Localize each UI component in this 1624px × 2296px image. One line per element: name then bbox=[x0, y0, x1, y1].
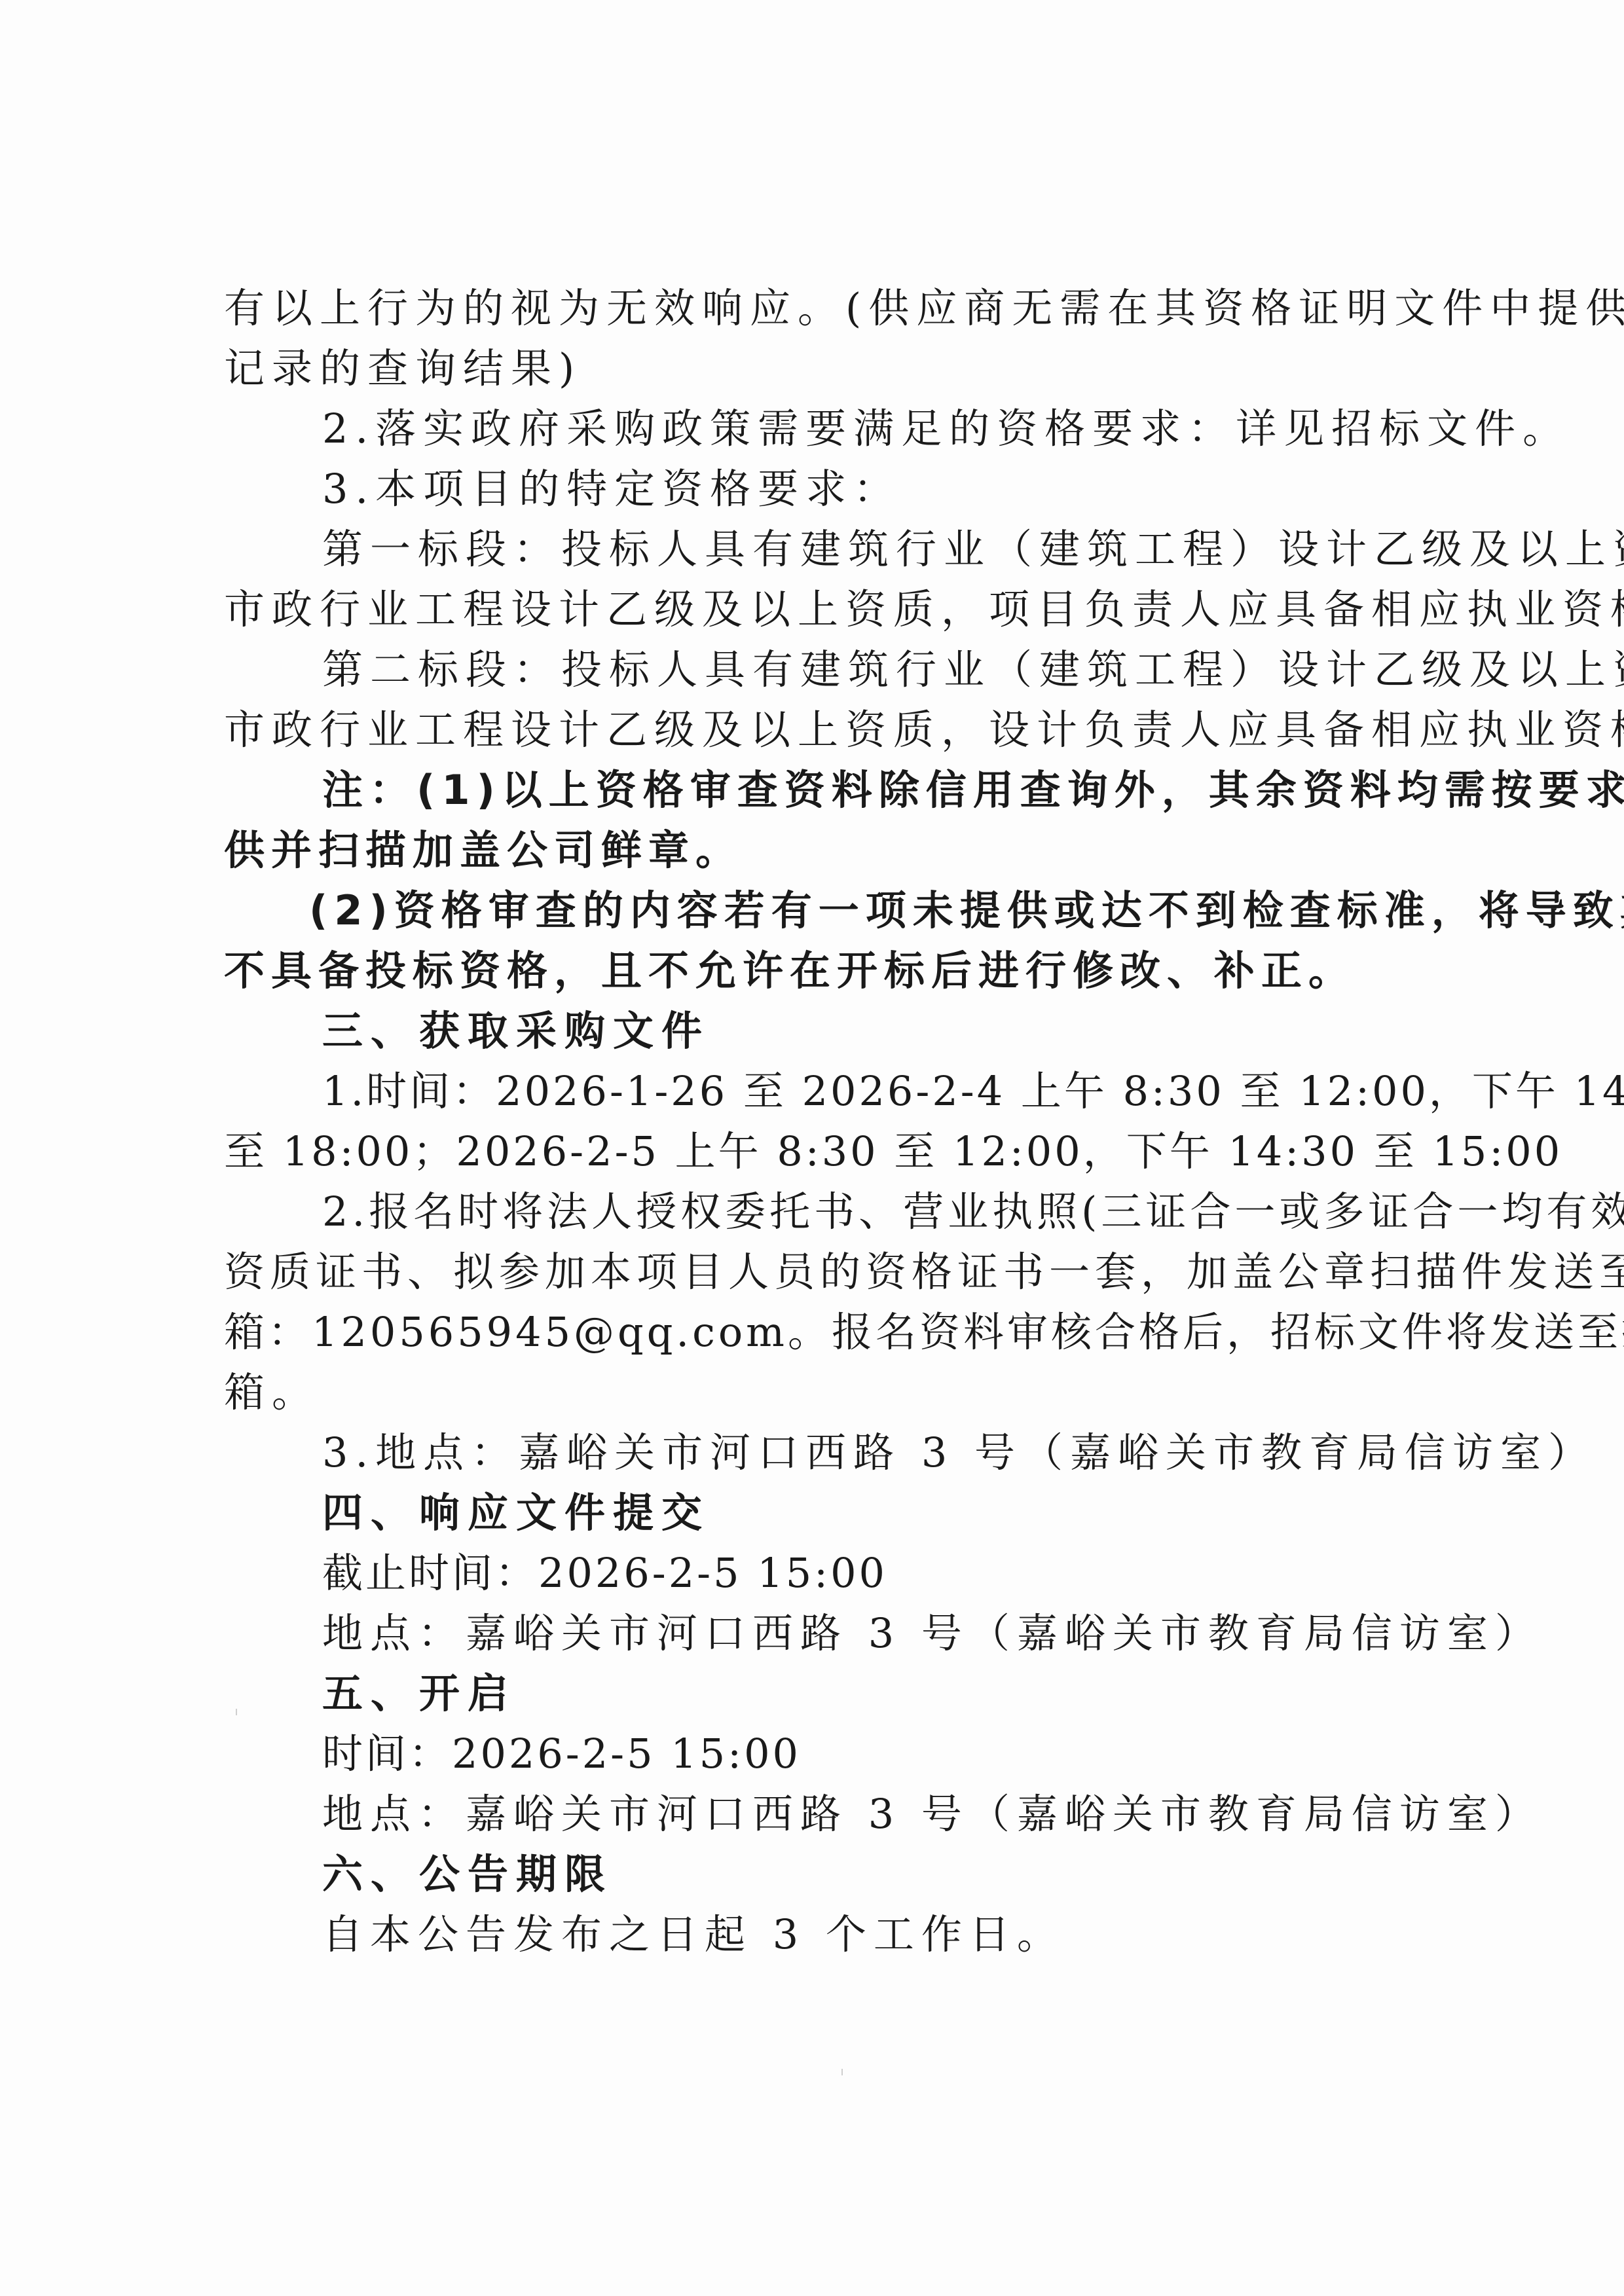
text-line: 第一标段：投标人具有建筑行业（建筑工程）设计乙级及以上资质和 bbox=[224, 519, 1426, 579]
text-line: 1.时间：2026-1-26 至 2026-2-4 上午 8:30 至 12:0… bbox=[224, 1061, 1426, 1121]
scan-artifact bbox=[236, 1709, 237, 1715]
text-line: 箱。 bbox=[224, 1362, 1426, 1423]
paragraph-note-1: 注：(1)以上资格审查资料除信用查询外，其余资料均需按要求提 供并扫描加盖公司鲜… bbox=[224, 760, 1426, 881]
text-line: 市政行业工程设计乙级及以上资质，设计负责人应具备相应执业资格。 bbox=[224, 700, 1426, 760]
text-line: 自本公告发布之日起 3 个工作日。 bbox=[224, 1904, 1426, 1965]
text-line: 资质证书、拟参加本项目人员的资格证书一套，加盖公章扫描件发送至邮 bbox=[224, 1242, 1426, 1302]
text-line: 截止时间：2026-2-5 15:00 bbox=[224, 1543, 1426, 1603]
text-line: 供并扫描加盖公司鲜章。 bbox=[224, 820, 1426, 881]
text-line: (2)资格审查的内容若有一项未提供或达不到检查标准，将导致其 bbox=[224, 881, 1426, 941]
text-line: 3.地点：嘉峪关市河口西路 3 号（嘉峪关市教育局信访室） bbox=[224, 1423, 1426, 1483]
text-line: 注：(1)以上资格审查资料除信用查询外，其余资料均需按要求提 bbox=[224, 760, 1426, 820]
text-line: 箱：120565945@qq.com。报名资料审核合格后，招标文件将发送至报名邮 bbox=[224, 1302, 1426, 1362]
text-line: 不具备投标资格，且不允许在开标后进行修改、补正。 bbox=[224, 941, 1426, 1001]
section-notice-period: 六、公告期限 自本公告发布之日起 3 个工作日。 bbox=[224, 1844, 1426, 1965]
section-obtain-procurement-documents: 三、获取采购文件 1.时间：2026-1-26 至 2026-2-4 上午 8:… bbox=[224, 1001, 1426, 1483]
scan-artifact bbox=[841, 2069, 843, 2075]
text-line: 3.本项目的特定资格要求： bbox=[224, 459, 1426, 519]
text-line: 至 18:00；2026-2-5 上午 8:30 至 12:00，下午 14:3… bbox=[224, 1121, 1426, 1182]
section-heading: 六、公告期限 bbox=[224, 1844, 1426, 1904]
section-heading: 五、开启 bbox=[224, 1664, 1426, 1724]
section-heading: 四、响应文件提交 bbox=[224, 1483, 1426, 1543]
text-line: 时间：2026-2-5 15:00 bbox=[224, 1724, 1426, 1784]
text-line: 有以上行为的视为无效响应。(供应商无需在其资格证明文件中提供信用 bbox=[224, 278, 1426, 338]
paragraph-policy-requirements: 2.落实政府采购政策需要满足的资格要求：详见招标文件。 bbox=[224, 399, 1426, 459]
paragraph-lot-2: 第二标段：投标人具有建筑行业（建筑工程）设计乙级及以上资质和 市政行业工程设计乙… bbox=[224, 640, 1426, 760]
text-line: 地点：嘉峪关市河口西路 3 号（嘉峪关市教育局信访室） bbox=[224, 1603, 1426, 1664]
document-body: 有以上行为的视为无效响应。(供应商无需在其资格证明文件中提供信用 记录的查询结果… bbox=[224, 278, 1426, 1965]
text-line: 第二标段：投标人具有建筑行业（建筑工程）设计乙级及以上资质和 bbox=[224, 640, 1426, 700]
section-response-submission: 四、响应文件提交 截止时间：2026-2-5 15:00 地点：嘉峪关市河口西路… bbox=[224, 1483, 1426, 1664]
text-line: 地点：嘉峪关市河口西路 3 号（嘉峪关市教育局信访室） bbox=[224, 1784, 1426, 1844]
section-heading: 三、获取采购文件 bbox=[224, 1001, 1426, 1061]
scanned-document-page: 有以上行为的视为无效响应。(供应商无需在其资格证明文件中提供信用 记录的查询结果… bbox=[0, 0, 1624, 2296]
scan-artifact bbox=[681, 1034, 682, 1041]
text-line: 市政行业工程设计乙级及以上资质，项目负责人应具备相应执业资格。 bbox=[224, 579, 1426, 640]
paragraph-note-2: (2)资格审查的内容若有一项未提供或达不到检查标准，将导致其 不具备投标资格，且… bbox=[224, 881, 1426, 1001]
paragraph-specific-requirements-title: 3.本项目的特定资格要求： bbox=[224, 459, 1426, 519]
paragraph-lot-1: 第一标段：投标人具有建筑行业（建筑工程）设计乙级及以上资质和 市政行业工程设计乙… bbox=[224, 519, 1426, 640]
text-line: 记录的查询结果) bbox=[224, 338, 1426, 399]
text-line: 2.落实政府采购政策需要满足的资格要求：详见招标文件。 bbox=[224, 399, 1426, 459]
section-opening: 五、开启 时间：2026-2-5 15:00 地点：嘉峪关市河口西路 3 号（嘉… bbox=[224, 1664, 1426, 1844]
paragraph-invalid-response-note: 有以上行为的视为无效响应。(供应商无需在其资格证明文件中提供信用 记录的查询结果… bbox=[224, 278, 1426, 399]
text-line: 2.报名时将法人授权委托书、营业执照(三证合一或多证合一均有效)、 bbox=[224, 1182, 1426, 1242]
